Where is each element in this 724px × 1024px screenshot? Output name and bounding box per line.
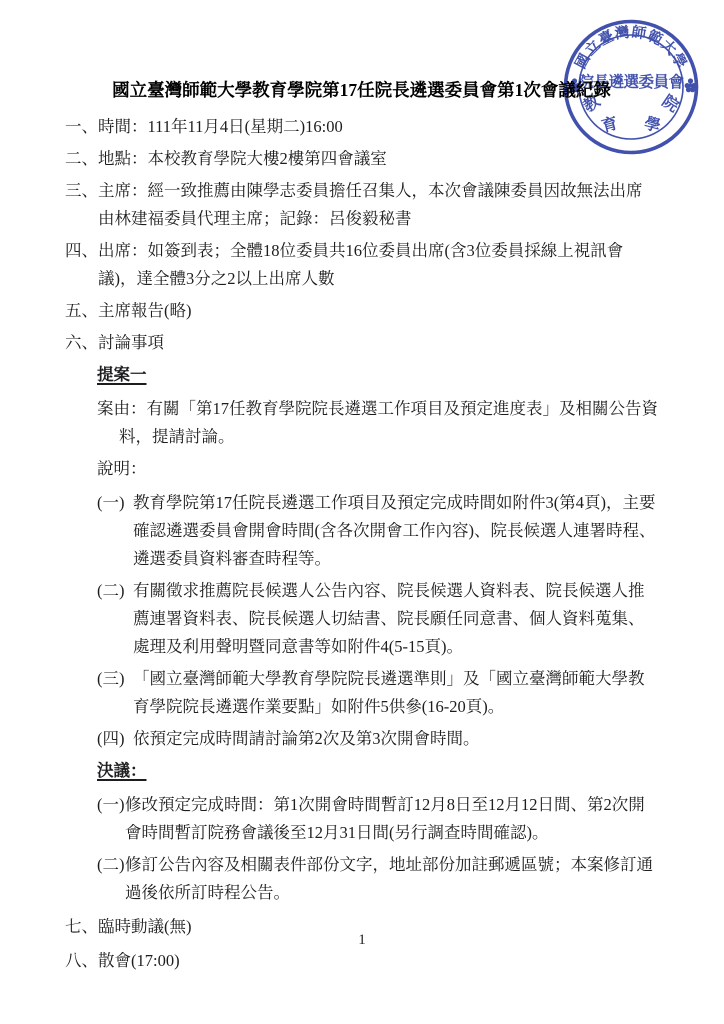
document-title: 國立臺灣師範大學教育學院第17任院長遴選委員會第1次會議紀錄 <box>65 78 658 102</box>
item-location-text: 地點：本校教育學院大樓2樓第四會議室 <box>98 149 387 168</box>
item-chairperson: 三、主席：經一致推薦由陳學志委員擔任召集人，本次會議陳委員因故無法出席由林建福委… <box>65 177 658 233</box>
item-chair-report-label: 五、 <box>65 297 98 325</box>
resolution-item-2-text: 修訂公告內容及相關表件部份文字，地址部份加註郵遞區號；本案修訂通過後依所訂時程公… <box>125 855 653 902</box>
explanation-item-1-text: 教育學院第17任院長遴選工作項目及預定完成時間如附件3(第4頁)，主要確認遴選委… <box>133 493 656 568</box>
explanation-item-2-label: (二) <box>97 577 133 605</box>
item-attendance-label: 四、 <box>65 237 98 265</box>
item-time-label: 一、 <box>65 113 98 141</box>
explanation-item-3-label: (三) <box>97 665 133 693</box>
resolution-item-1-text: 修改預定完成時間：第1次開會時間暫訂12月8日至12月12日間、第2次開會時間暫… <box>125 795 645 842</box>
explanation-item-1: (一)教育學院第17任院長遴選工作項目及預定完成時間如附件3(第4頁)，主要確認… <box>97 489 658 573</box>
plum-blossom-icon <box>685 78 697 92</box>
resolution-item-1-label: (一) <box>97 791 125 819</box>
item-chairperson-label: 三、 <box>65 177 98 205</box>
meeting-minutes-page: 國立臺灣師範大學教育學院第17任院長遴選委員會第1次會議紀錄 一、時間：111年… <box>0 0 724 1024</box>
item-discussion-label: 六、 <box>65 329 98 357</box>
item-attendance-text: 出席：如簽到表；全體18位委員共16位委員出席(含3位委員採線上視訊會議)，達全… <box>98 241 623 288</box>
resolution-heading: 決議： <box>97 757 658 785</box>
item-chair-report: 五、主席報告(略) <box>65 297 658 325</box>
resolution-item-2: (二)修訂公告內容及相關表件部份文字，地址部份加註郵遞區號；本案修訂通過後依所訂… <box>97 851 658 907</box>
item-time: 一、時間：111年11月4日(星期二)16:00 <box>65 113 658 141</box>
explanation-item-4-text: 依預定完成時間請討論第2次及第3次開會時間。 <box>133 729 480 748</box>
item-discussion: 六、討論事項 <box>65 329 658 357</box>
item-chair-report-text: 主席報告(略) <box>98 301 192 320</box>
explanation-item-4: (四)依預定完成時間請討論第2次及第3次開會時間。 <box>97 725 658 753</box>
explanation-item-2-text: 有關徵求推薦院長候選人公告內容、院長候選人資料表、院長候選人推薦連署資料表、院長… <box>133 581 645 656</box>
proposal-case: 案由：有關「第17任教育學院院長遴選工作項目及預定進度表」及相關公告資料，提請討… <box>97 395 658 451</box>
item-attendance: 四、出席：如簽到表；全體18位委員共16位委員出席(含3位委員採線上視訊會議)，… <box>65 237 658 293</box>
resolution-item-1: (一)修改預定完成時間：第1次開會時間暫訂12月8日至12月12日間、第2次開會… <box>97 791 658 847</box>
explanation-item-3-text: 「國立臺灣師範大學教育學院院長遴選準則」及「國立臺灣師範大學教育學院院長遴選作業… <box>133 669 645 716</box>
page-number: 1 <box>0 926 724 954</box>
proposal-heading: 提案一 <box>97 361 658 389</box>
explanation-item-4-label: (四) <box>97 725 133 753</box>
resolution-item-2-label: (二) <box>97 851 125 879</box>
seal-arc-text: 國立臺灣師範大學 <box>571 23 691 72</box>
item-location: 二、地點：本校教育學院大樓2樓第四會議室 <box>65 145 658 173</box>
explanation-heading: 說明： <box>97 455 658 483</box>
explanation-item-3: (三)「國立臺灣師範大學教育學院院長遴選準則」及「國立臺灣師範大學教育學院院長遴… <box>97 665 658 721</box>
item-time-text: 時間：111年11月4日(星期二)16:00 <box>98 117 343 136</box>
explanation-item-2: (二)有關徵求推薦院長候選人公告內容、院長候選人資料表、院長候選人推薦連署資料表… <box>97 577 658 661</box>
item-location-label: 二、 <box>65 145 98 173</box>
item-chairperson-text: 主席：經一致推薦由陳學志委員擔任召集人，本次會議陳委員因故無法出席由林建福委員代… <box>98 181 643 228</box>
explanation-item-1-label: (一) <box>97 489 133 517</box>
item-discussion-text: 討論事項 <box>98 333 164 352</box>
seal-char-yuan: 院 <box>659 91 683 116</box>
